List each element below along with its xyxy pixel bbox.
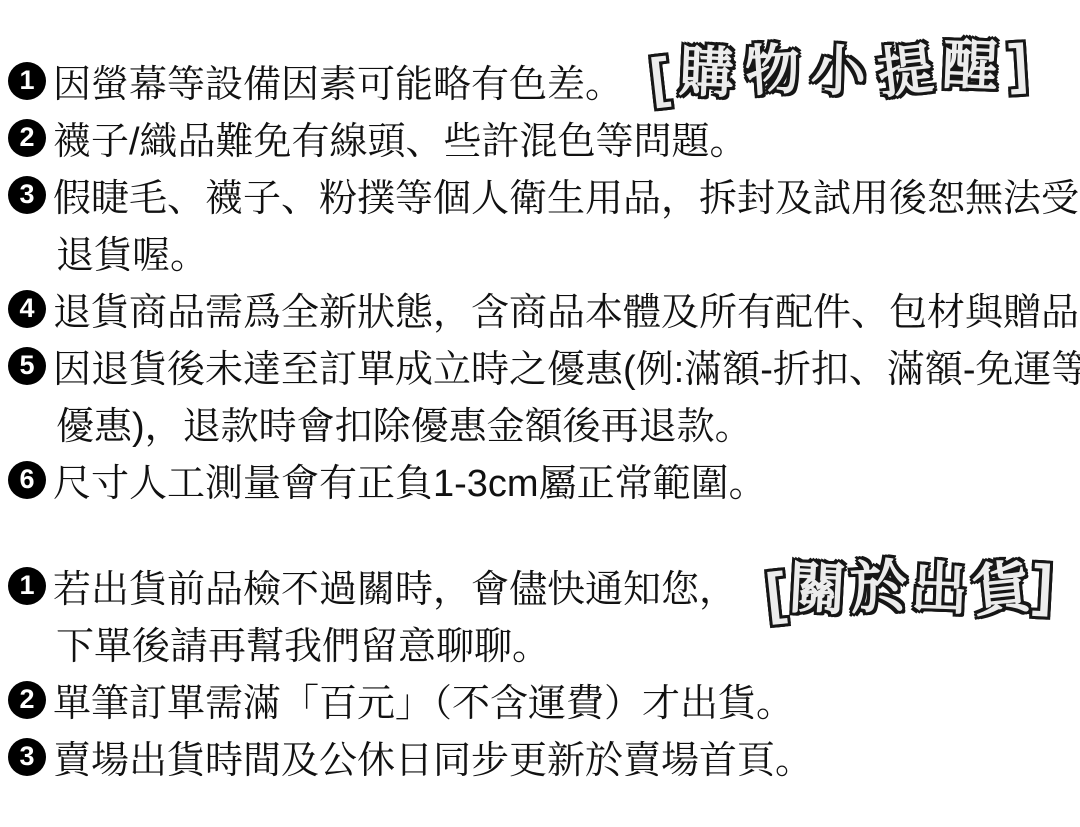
list-item: 1 因螢幕等設備因素可能略有色差。 xyxy=(8,52,1078,109)
list-item-continuation: 下單後請再幫我們留意聊聊。 xyxy=(8,614,1078,671)
item-text: 因螢幕等設備因素可能略有色差。 xyxy=(53,53,623,108)
item-text: 下單後請再幫我們留意聊聊。 xyxy=(56,615,550,670)
item-text: 賣場出貨時間及公休日同步更新於賣場首頁。 xyxy=(53,729,813,784)
item-text: 因退貨後未達至訂單成立時之優惠(例:滿額-折扣、滿額-免運等 xyxy=(53,338,1080,393)
list-item: 6 尺寸人工測量會有正負1-3cm屬正常範圍。 xyxy=(8,451,1078,508)
item-number-badge: 6 xyxy=(8,461,46,499)
item-number-badge: 1 xyxy=(8,62,46,100)
list-item: 2 單筆訂單需滿「百元」（不含運費）才出貨。 xyxy=(8,671,1078,728)
item-number-badge: 4 xyxy=(8,290,46,328)
list-item: 2 襪子/織品難免有線頭、些許混色等問題。 xyxy=(8,109,1078,166)
section-shopping-reminders: 1 因螢幕等設備因素可能略有色差。 2 襪子/織品難免有線頭、些許混色等問題。 … xyxy=(8,52,1078,508)
item-text: 退貨喔。 xyxy=(56,224,208,279)
list-item: 1 若出貨前品檢不過關時，會儘快通知您， xyxy=(8,557,1078,614)
item-text: 假睫毛、襪子、粉撲等個人衛生用品，拆封及試用後恕無法受理 xyxy=(53,167,1080,222)
list-item-continuation: 優惠)，退款時會扣除優惠金額後再退款。 xyxy=(8,394,1078,451)
item-text: 單筆訂單需滿「百元」（不含運費）才出貨。 xyxy=(53,672,794,727)
list-item: 3 賣場出貨時間及公休日同步更新於賣場首頁。 xyxy=(8,728,1078,785)
item-number-badge: 3 xyxy=(8,176,46,214)
item-number-badge: 5 xyxy=(8,347,46,385)
item-number-badge: 3 xyxy=(8,738,46,776)
item-number-badge: 2 xyxy=(8,681,46,719)
item-text: 尺寸人工測量會有正負1-3cm屬正常範圍。 xyxy=(53,452,767,507)
item-text: 若出貨前品檢不過關時，會儘快通知您， xyxy=(53,558,737,613)
item-text: 優惠)，退款時會扣除優惠金額後再退款。 xyxy=(56,395,753,450)
list-item: 5 因退貨後未達至訂單成立時之優惠(例:滿額-折扣、滿額-免運等 xyxy=(8,337,1078,394)
list-item-continuation: 退貨喔。 xyxy=(8,223,1078,280)
item-text: 退貨商品需爲全新狀態，含商品本體及所有配件、包材與贈品。 xyxy=(53,281,1080,336)
item-number-badge: 1 xyxy=(8,567,46,605)
list-item: 4 退貨商品需爲全新狀態，含商品本體及所有配件、包材與贈品。 xyxy=(8,280,1078,337)
section-about-shipping: 1 若出貨前品檢不過關時，會儘快通知您， 下單後請再幫我們留意聊聊。 2 單筆訂… xyxy=(8,557,1078,785)
list-item: 3 假睫毛、襪子、粉撲等個人衛生用品，拆封及試用後恕無法受理 xyxy=(8,166,1078,223)
shop-notice-page: [購物小提醒] 1 因螢幕等設備因素可能略有色差。 2 襪子/織品難免有線頭、些… xyxy=(0,0,1080,827)
item-text: 襪子/織品難免有線頭、些許混色等問題。 xyxy=(53,110,748,165)
item-number-badge: 2 xyxy=(8,119,46,157)
